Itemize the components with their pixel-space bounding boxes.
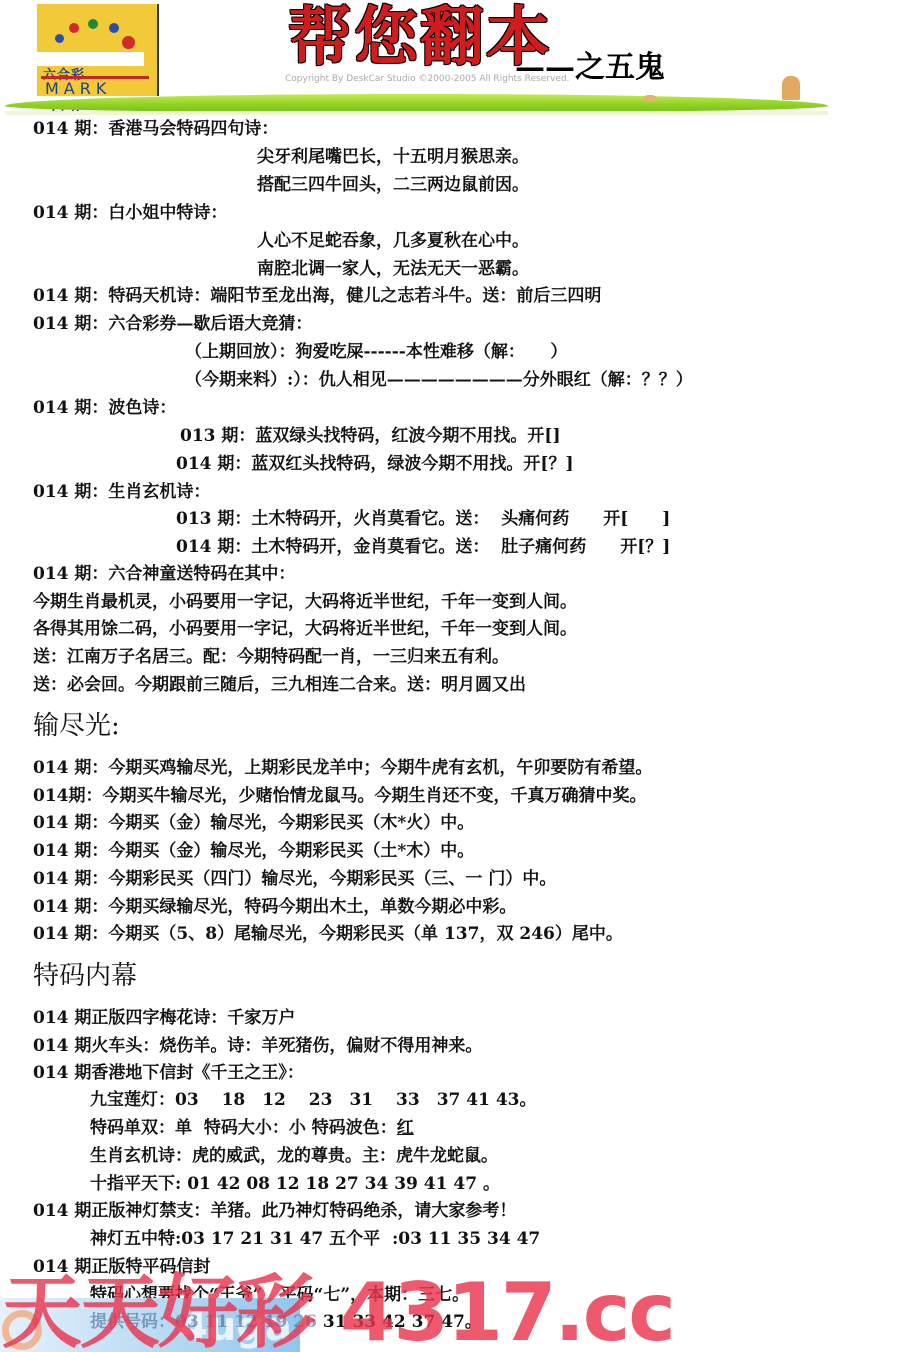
- zodiac-label: 014 期：生肖玄机诗：: [33, 481, 210, 503]
- mushroom-icon: [643, 95, 657, 101]
- wave-line: 013 期：蓝双绿头找特码，红波今期不用找。开[]: [180, 425, 561, 447]
- wave-label: 014 期：波色诗：: [33, 397, 176, 419]
- child-label: 014 期：六合神童送特码在其中：: [33, 563, 295, 585]
- poem-bai-label: 014 期：白小姐中特诗：: [33, 202, 227, 224]
- child-line: 送：必会回。今期跟前三随后，三九相连二合来。送：明月圆又出: [33, 674, 526, 696]
- nine-lamps: 九宝莲灯：03 18 12 23 31 33 37 41 43。: [90, 1089, 537, 1111]
- riddle-label: 014 期：六合彩券—歇后语大竞猜：: [33, 313, 312, 335]
- logo-ball: [55, 34, 64, 43]
- copyright-text: Copyright By DeskCar Studio ©2000-2005 A…: [285, 74, 569, 84]
- ten-fingers: 十指平天下: 01 42 08 12 18 27 34 39 41 47 。: [90, 1173, 500, 1195]
- plum-poem: 014 期正版四字梅花诗：千家万户: [33, 1007, 295, 1029]
- section-title-lose-all: 输尽光:: [33, 710, 120, 742]
- flat-envelope-label: 014 期正版特平码信封: [33, 1256, 210, 1278]
- logo-ball: [88, 19, 98, 29]
- tree-stump-icon: [782, 76, 800, 100]
- provide-label: 提供号码：: [90, 1312, 175, 1332]
- grass-banner-decoration: [5, 94, 828, 112]
- grass-shadow: [5, 111, 828, 115]
- lose-all-line: 014 期：今期买（5、8）尾输尽光，今期彩民买（单 137，双 246）尾中。: [33, 923, 623, 945]
- lose-all-line: 014 期：今期买鸡输尽光，上期彩民龙羊中；今期牛虎有玄机，午卯要防有希望。: [33, 757, 652, 779]
- orange-ring-logo-icon: [2, 1310, 42, 1350]
- page-title: 帮您翻本: [288, 2, 552, 74]
- section-title-inside: 特码内幕: [33, 960, 137, 992]
- child-line: 送：江南万子名居三。配：今期特码配一肖，一三归来五有利。: [33, 646, 509, 668]
- riddle-current: （今期来料）:）：仇人相见————————分外眼红（解：？？）: [185, 369, 693, 391]
- child-line: 各得其用馀二码，小码要用一字记，大码将近半世纪，千年一变到人间。: [33, 618, 577, 640]
- zodiac-poem: 生肖玄机诗：虎的威武，龙的尊贵。主：虎牛龙蛇鼠。: [90, 1145, 498, 1167]
- zodiac-line: 013 期：土木特码开，火肖莫看它。送： 头痛何药 开[ ]: [176, 508, 670, 530]
- poem-bai-line: 南腔北调一家人，无法无天一恶霸。: [257, 258, 529, 280]
- provide-numbers: 提供号码：03 11 12 19 26 31 33 42 37 47。: [90, 1311, 482, 1333]
- lamp-ban: 014 期正版神灯禁支：羊猪。此乃神灯特码绝杀，请大家参考！: [33, 1200, 516, 1222]
- lamp-five: 神灯五中特:03 17 21 31 47 五个平 :03 11 35 34 47: [90, 1228, 540, 1250]
- poem-bai-line: 人心不足蛇吞象，几多夏秋在心中。: [257, 230, 529, 252]
- header-banner: 六合彩 MARK SIX 帮您翻本 ——之五鬼 Copyright By Des…: [0, 0, 898, 120]
- lose-all-line: 014 期：今期彩民买（四门）输尽光，今期彩民买（三、一 门）中。: [33, 868, 556, 890]
- poem-hk-label: 014 期：香港马会特码四句诗：: [33, 118, 278, 140]
- wave-color-value: 红: [397, 1118, 414, 1138]
- child-line: 今期生肖最机灵，小码要用一字记，大码将近半世纪，千年一变到人间。: [33, 591, 577, 613]
- mark-six-logo: 六合彩 MARK SIX: [37, 4, 159, 96]
- poem-hk-line: 搭配三四牛回头，二三两边鼠前因。: [257, 174, 529, 196]
- zodiac-line: 014 期：土木特码开，金肖莫看它。送： 肚子痛何药 开[？]: [176, 536, 670, 558]
- tianji-poem: 014 期：特码天机诗：端阳节至龙出海，健儿之志若斗牛。送：前后三四明: [33, 285, 601, 307]
- lose-all-line: 014 期：今期买（金）输尽光，今期彩民买（木*火）中。: [33, 812, 474, 834]
- wave-line: 014 期：蓝双红头找特码，绿波今期不用找。开[？]: [176, 453, 574, 475]
- fire-head: 014 期火车头：烧伤羊。诗：羊死猪伤，偏财不得用神来。: [33, 1035, 482, 1057]
- logo-ball: [69, 23, 79, 33]
- lose-all-line: 014 期：今期买绿输尽光，特码今期出木土，单数今期必中彩。: [33, 896, 516, 918]
- logo-ball: [122, 36, 135, 49]
- provide-faded-numbers: 03 11 12 19 26: [175, 1312, 323, 1332]
- odd-even-size-color: 特码单双：单 特码大小：小 特码波色：红: [90, 1117, 414, 1139]
- lose-all-line: 014期：今期买牛输尽光，少赌怡情龙鼠马。今期生肖还不变，千真万确猜中奖。: [33, 785, 646, 807]
- envelope-label: 014 期香港地下信封《千王之王》：: [33, 1062, 304, 1084]
- odd-even-label: 特码单双：单 特码大小：小 特码波色：: [90, 1118, 397, 1138]
- provide-visible-numbers: 31 33 42 37 47。: [323, 1312, 482, 1332]
- logo-ball: [109, 23, 119, 33]
- lose-all-line: 014 期：今期买（金）输尽光，今期彩民买（土*木）中。: [33, 840, 474, 862]
- riddle-last: （上期回放）：狗爱吃屎------本性难移（解： ）: [185, 341, 567, 363]
- poem-hk-line: 尖牙利尾嘴巴长，十五明月猴思亲。: [257, 146, 529, 168]
